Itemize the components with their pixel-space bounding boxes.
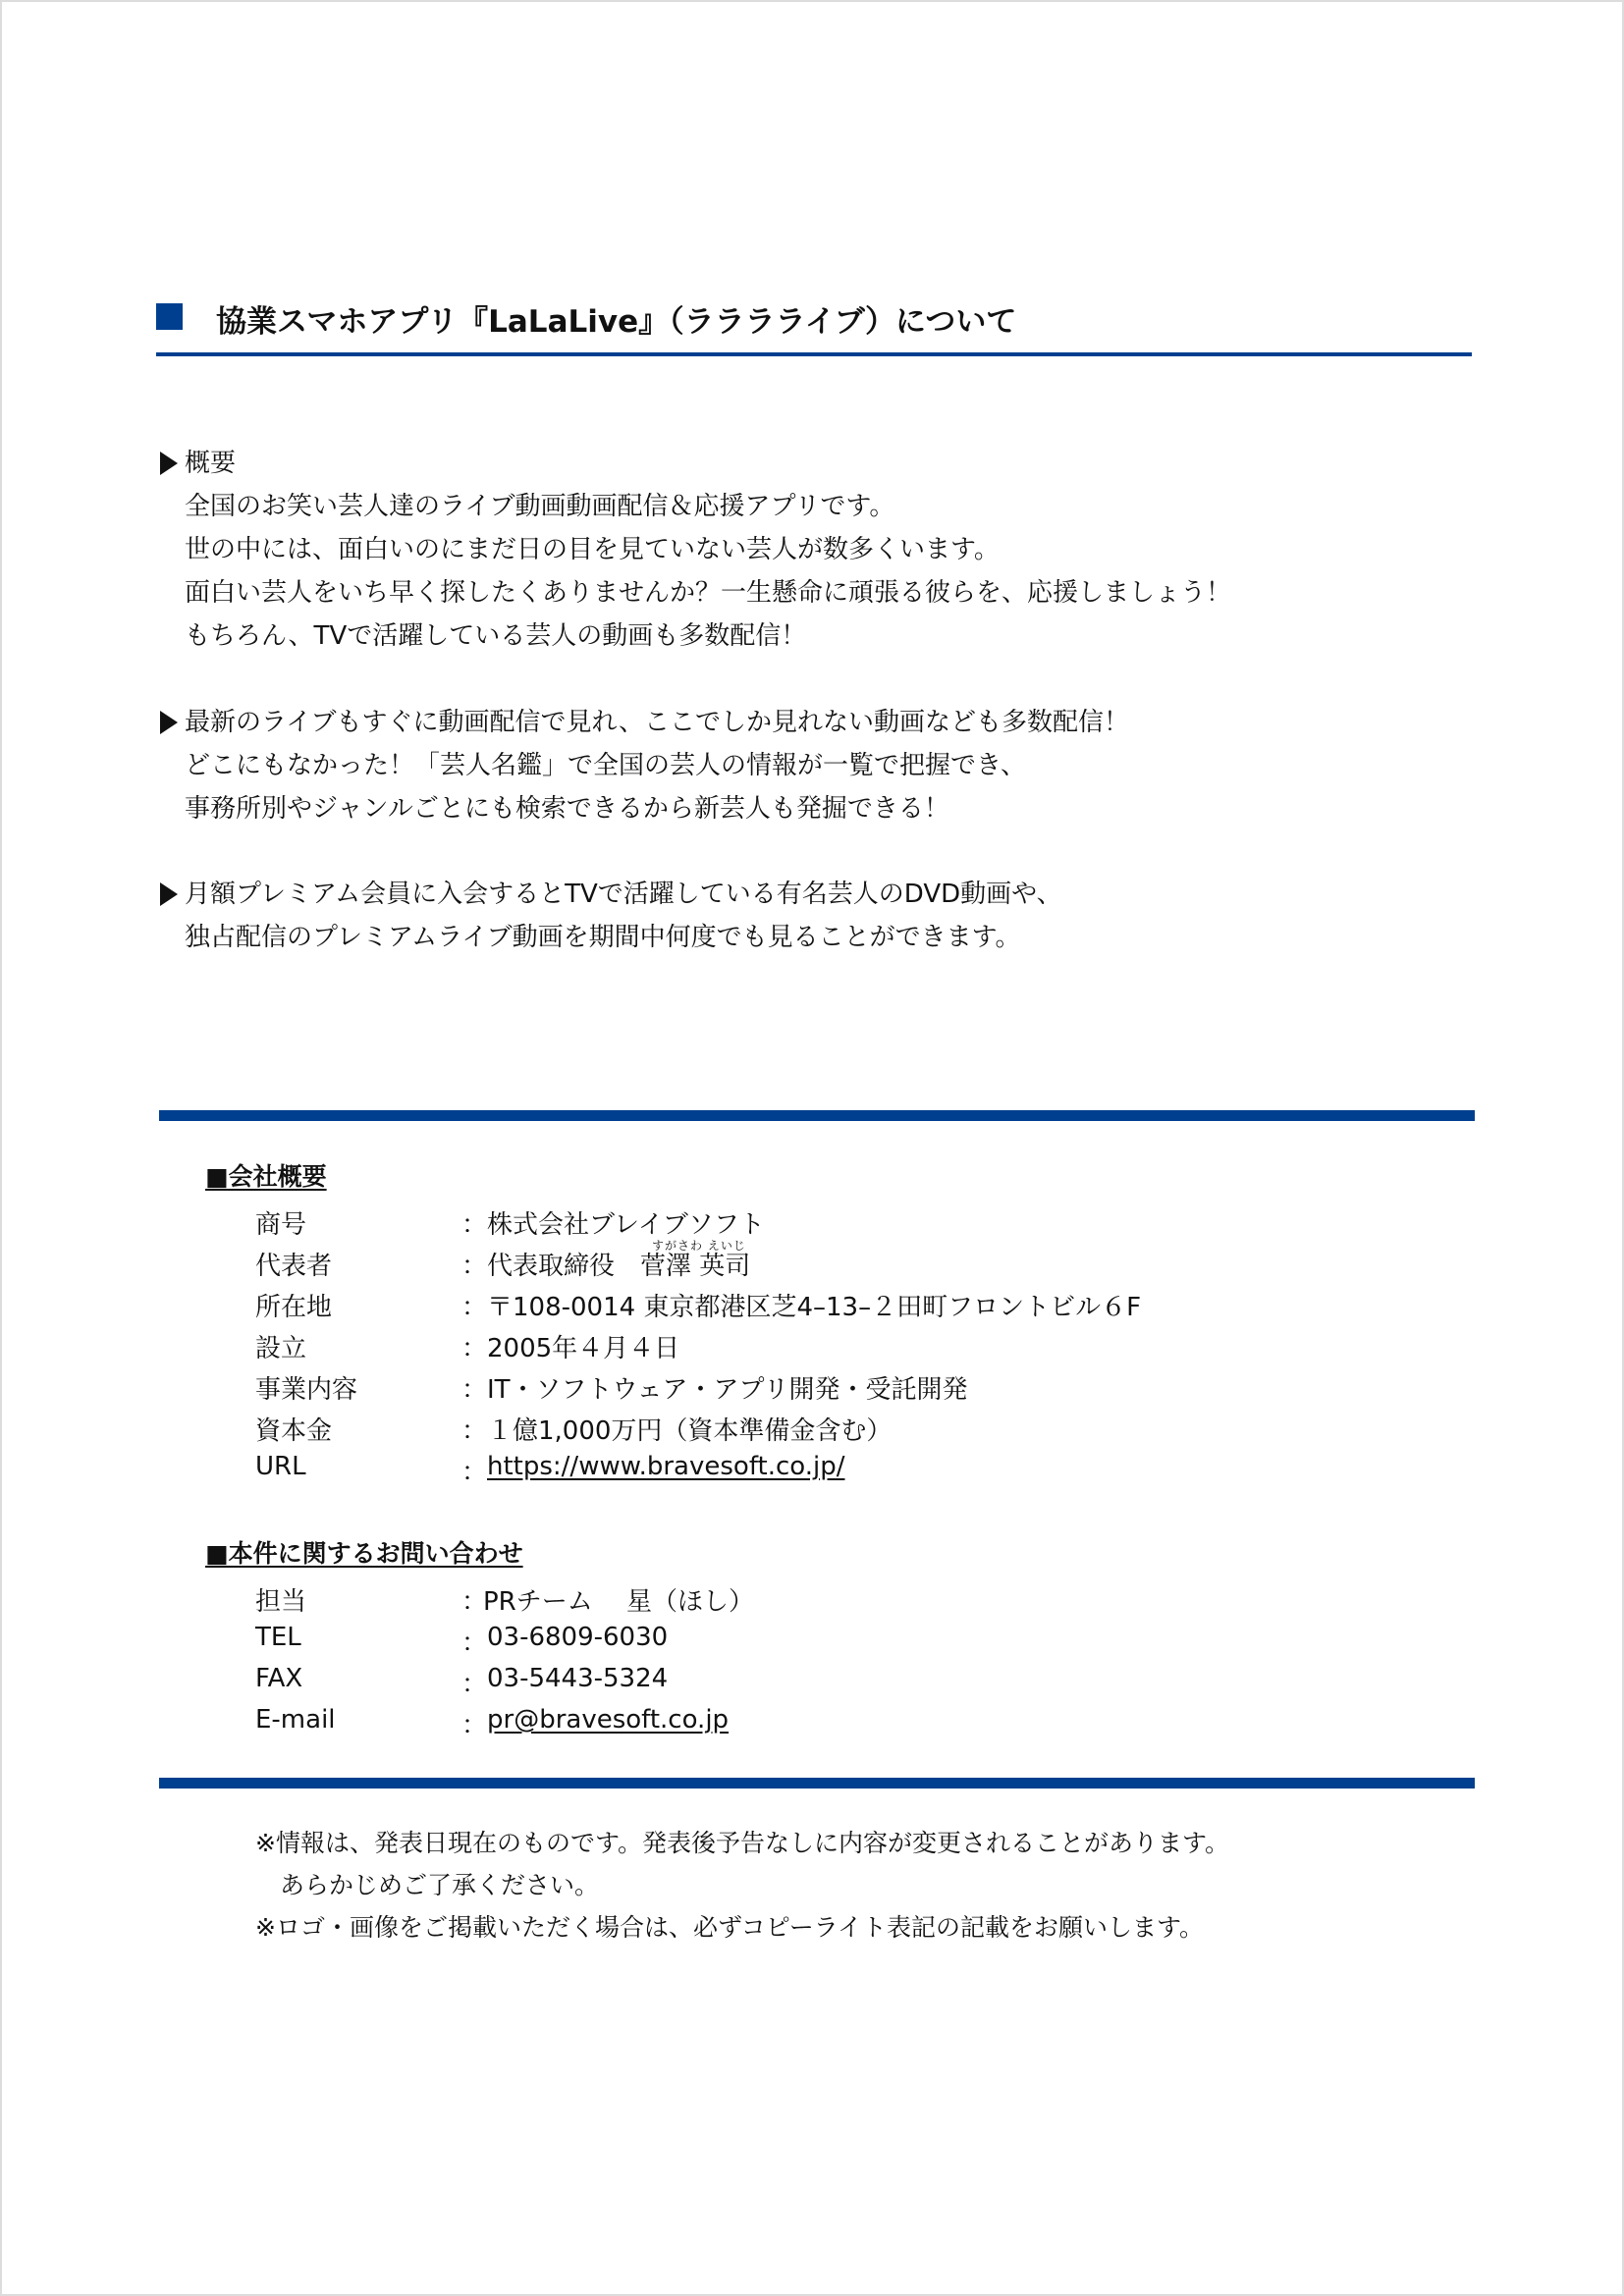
body-line: 事務所別やジャンルごとにも検索できるから新芸人も発掘できる！	[185, 794, 949, 824]
triangle-bullet-icon	[160, 882, 178, 906]
info-label: TEL	[255, 1623, 301, 1652]
body-line: どこにもなかった！「芸人名鑑」で全国の芸人の情報が一覧で把握でき、	[185, 751, 1026, 780]
body-line: もちろん、TVで活躍している芸人の動画も多数配信！	[185, 621, 806, 651]
company-heading: ■会社概要	[205, 1157, 327, 1193]
info-label: 担当	[255, 1581, 306, 1618]
info-label: URL	[255, 1452, 306, 1481]
info-label: 代表者	[255, 1246, 332, 1282]
info-label: 事業内容	[255, 1369, 357, 1406]
note-line: ※情報は、発表日現在のものです。発表後予告なしに内容が変更されることがあります。	[255, 1824, 1229, 1859]
note-line: あらかじめご了承ください。	[255, 1866, 599, 1901]
document-page: 協業スマホアプリ『LaLaLive』（ラララライブ）について 概要 全国のお笑い…	[2, 2, 1622, 2294]
email-link[interactable]: pr@bravesoft.co.jp	[487, 1705, 729, 1735]
info-colon: ：	[461, 1411, 487, 1447]
info-colon: ：	[461, 1287, 487, 1323]
info-value: 2005年４月４日	[487, 1328, 679, 1364]
contact-heading: ■本件に関するお問い合わせ	[205, 1534, 523, 1570]
info-label: E-mail	[255, 1705, 336, 1735]
title-square-icon	[156, 303, 183, 330]
info-label: 資本金	[255, 1411, 332, 1447]
info-colon: ：	[461, 1204, 487, 1241]
info-value: 株式会社ブレイブソフト	[487, 1204, 765, 1241]
info-value: 代表取締役 菅澤 英司	[487, 1246, 750, 1282]
info-colon: ：	[461, 1705, 487, 1741]
info-value: 03-5443-5324	[487, 1664, 668, 1693]
info-label: 設立	[255, 1328, 306, 1364]
info-value: 〒108-0014 東京都港区芝4–13–２田町フロントビル６F	[487, 1287, 1141, 1323]
triangle-bullet-icon	[160, 711, 178, 734]
company-url-link[interactable]: https://www.bravesoft.co.jp/	[487, 1452, 844, 1481]
separator-bar	[159, 1778, 1475, 1789]
section-heading-live: 最新のライブもすぐに動画配信で見れ、ここでしか見れない動画なども多数配信！	[185, 708, 1129, 737]
body-line: 全国のお笑い芸人達のライブ動画動画配信＆応援アプリです。	[185, 492, 894, 521]
info-value: IT・ソフトウェア・アプリ開発・受託開発	[487, 1369, 967, 1406]
section-heading-premium: 月額プレミアム会員に入会するとTVで活躍している有名芸人のDVD動画や、	[185, 880, 1062, 909]
info-colon: ：	[461, 1452, 487, 1488]
info-label: 所在地	[255, 1287, 332, 1323]
info-label: 商号	[255, 1204, 306, 1241]
note-line: ※ロゴ・画像をご掲載いただく場合は、必ずコピーライト表記の記載をお願いします。	[255, 1908, 1204, 1944]
page-title: 協業スマホアプリ『LaLaLive』（ラララライブ）について	[216, 296, 1016, 341]
triangle-bullet-icon	[160, 452, 178, 475]
info-colon: ：	[461, 1246, 487, 1282]
info-colon: ：	[461, 1664, 487, 1700]
section-heading-overview: 概要	[185, 449, 236, 478]
info-colon: ：	[461, 1623, 487, 1659]
info-value: PRチーム 星（ほし）	[483, 1581, 754, 1618]
body-line: 世の中には、面白いのにまだ日の目を見ていない芸人が数多くいます。	[185, 535, 1000, 564]
info-value: 03-6809-6030	[487, 1623, 668, 1652]
info-value: １億1,000万円（資本準備金含む）	[487, 1411, 892, 1447]
separator-bar	[159, 1110, 1475, 1121]
info-label: FAX	[255, 1664, 302, 1693]
body-line: 面白い芸人をいち早く探したくありませんか？一生懸命に頑張る彼らを、応援しましょう…	[185, 578, 1231, 608]
body-line: 独占配信のプレミアムライブ動画を期間中何度でも見ることができます。	[185, 923, 1021, 952]
info-colon: ：	[461, 1369, 487, 1406]
title-underline	[156, 352, 1472, 356]
info-colon: ：	[461, 1328, 487, 1364]
